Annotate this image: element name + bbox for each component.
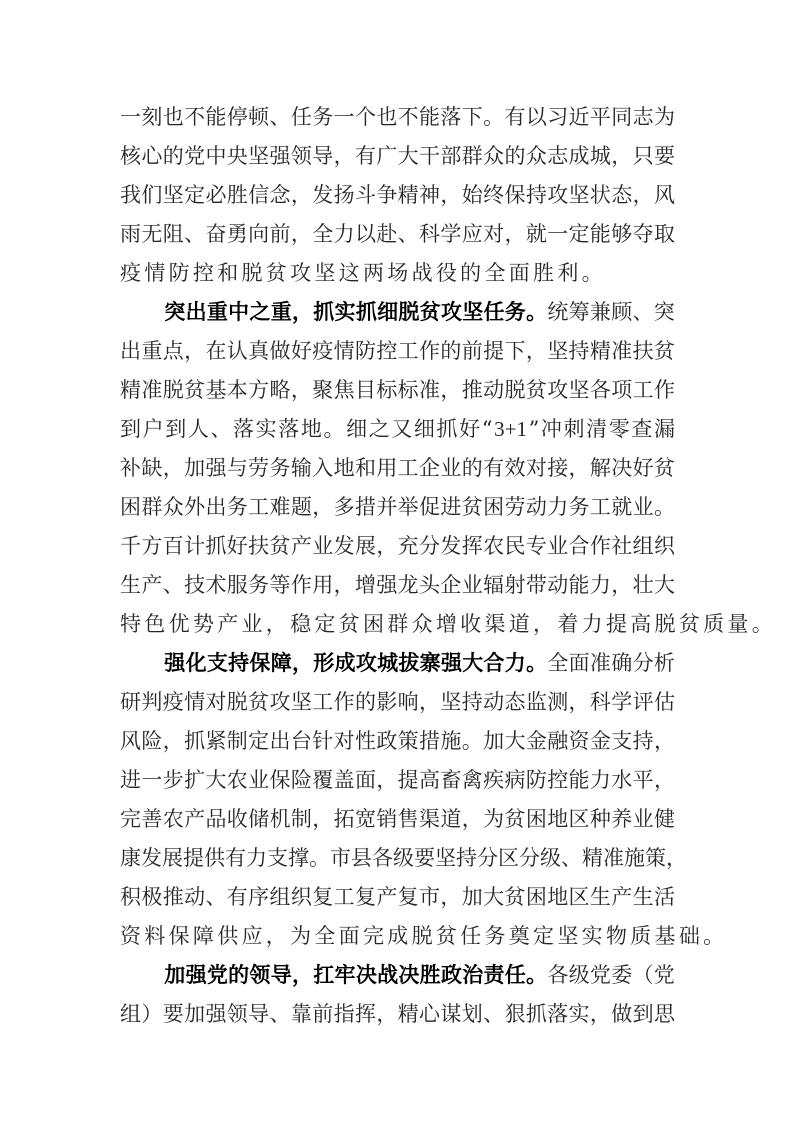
- body-char: 标: [398, 371, 419, 410]
- paragraph: 加强党的领导，扛牢决战决胜政治责任。各级党委（党组）要加强领导、靠前指挥，精心谋…: [120, 956, 675, 1034]
- body-char: ，: [462, 800, 483, 839]
- body-char: 复: [312, 878, 333, 917]
- body-char: 估: [654, 683, 675, 722]
- body-char: 前: [462, 332, 483, 371]
- text-line: 加强党的领导，扛牢决战决胜政治责任。各级党委（党: [120, 956, 675, 995]
- body-char: 就: [526, 215, 547, 254]
- body-char: 思: [654, 995, 675, 1034]
- body-char: 农: [227, 761, 248, 800]
- paragraph-heading-char: 牢: [335, 956, 356, 995]
- body-char: 刺: [564, 410, 585, 449]
- body-char: 党: [184, 137, 205, 176]
- body-char: 加: [462, 878, 483, 917]
- body-char: 脱: [241, 254, 262, 293]
- body-char: 测: [547, 683, 568, 722]
- body-char: 道: [440, 800, 461, 839]
- body-char: ，: [419, 683, 440, 722]
- body-char: 落: [278, 410, 299, 449]
- body-char: ，: [266, 605, 287, 644]
- body-char: 控: [547, 761, 568, 800]
- body-char: 斗: [355, 176, 376, 215]
- body-char: 务: [248, 566, 269, 605]
- body-char: 拓: [334, 800, 355, 839]
- body-char: 平: [633, 761, 654, 800]
- body-char: 众: [412, 605, 433, 644]
- paragraph-heading-char: 细: [377, 293, 398, 332]
- body-char: 在: [205, 332, 226, 371]
- body-char: 对: [483, 215, 504, 254]
- text-line: 到户到人、落实落地。细之又细抓好“3+1”冲刺清零查漏: [120, 410, 675, 449]
- body-char: 赴: [376, 215, 397, 254]
- body-char: 必: [205, 176, 226, 215]
- body-char: 焦: [334, 371, 355, 410]
- body-char: 停: [227, 98, 248, 137]
- body-char: 分: [477, 839, 498, 878]
- body-char: 劳: [504, 488, 525, 527]
- body-char: 靠: [291, 995, 312, 1034]
- body-char: 聚: [312, 371, 333, 410]
- paragraph-heading-char: 的: [228, 956, 249, 995]
- body-char: 广: [376, 137, 397, 176]
- body-char: 健: [654, 800, 675, 839]
- body-char: 清: [586, 410, 607, 449]
- body-char: 精: [582, 839, 603, 878]
- body-char: 全: [484, 254, 505, 293]
- body-char: 持: [526, 176, 547, 215]
- body-char: 细: [414, 410, 435, 449]
- body-char: 奋: [205, 215, 226, 254]
- text-line: 雨无阻、奋勇向前，全力以赴、科学应对，就一定能够夺取: [120, 215, 675, 254]
- body-char: 攻: [547, 176, 568, 215]
- body-char: 群: [387, 605, 408, 644]
- body-char: 台: [291, 722, 312, 761]
- body-char: 实: [256, 410, 277, 449]
- body-char: ，: [440, 878, 461, 917]
- body-char: 始: [462, 176, 483, 215]
- body-char: 坚: [569, 371, 590, 410]
- body-char: 射: [504, 566, 525, 605]
- body-char: 一: [120, 98, 141, 137]
- body-char: 区: [569, 800, 590, 839]
- body-char: 研: [120, 683, 141, 722]
- body-char: 场: [387, 254, 408, 293]
- body-char: 金: [590, 722, 611, 761]
- body-char: 核: [120, 137, 141, 176]
- body-char: 产: [376, 878, 397, 917]
- body-char: 扶: [248, 527, 269, 566]
- body-char: 专: [526, 527, 547, 566]
- body-char: 销: [376, 800, 397, 839]
- body-char: 市: [330, 839, 351, 878]
- body-char: 、: [561, 839, 582, 878]
- body-char: 贫: [270, 527, 291, 566]
- body-char: ，: [590, 995, 611, 1034]
- body-char: 产: [611, 878, 632, 917]
- body-char: ，: [533, 605, 554, 644]
- body-char: 定: [569, 215, 590, 254]
- body-char: 城: [590, 137, 611, 176]
- body-char: 任: [291, 98, 312, 137]
- body-char: 制: [291, 800, 312, 839]
- body-char: 组: [633, 527, 654, 566]
- body-char: 水: [611, 761, 632, 800]
- body-char: 贫: [654, 332, 675, 371]
- body-char: 不: [184, 98, 205, 137]
- body-char: 促: [419, 488, 440, 527]
- body-char: 贫: [248, 683, 269, 722]
- body-char: 供: [204, 839, 225, 878]
- body-char: ，: [291, 176, 312, 215]
- body-char: 之: [369, 410, 390, 449]
- body-char: 全: [314, 917, 335, 956]
- body-char: 刻: [141, 98, 162, 137]
- body-char: 制: [227, 722, 248, 761]
- body-char: 业: [312, 527, 333, 566]
- body-char: 们: [141, 176, 162, 215]
- body-char: 认: [227, 332, 248, 371]
- body-char: 利: [557, 254, 578, 293]
- body-char: 坚: [440, 683, 461, 722]
- body-char: 全: [547, 644, 568, 683]
- body-char: 对: [205, 683, 226, 722]
- body-char: 动: [483, 683, 504, 722]
- body-char: 障: [193, 917, 214, 956]
- body-char: 疫: [163, 683, 184, 722]
- body-char: 料: [144, 917, 165, 956]
- body-char: “: [482, 410, 493, 449]
- body-char: 要: [654, 137, 675, 176]
- body-char: 色: [144, 605, 165, 644]
- text-line: 组）要加强领导、靠前指挥，精心谋划、狠抓落实，做到思: [120, 995, 675, 1034]
- body-char: 。: [752, 605, 773, 644]
- body-char: 务: [312, 98, 333, 137]
- body-char: 工: [590, 488, 611, 527]
- body-char: 力: [334, 215, 355, 254]
- body-char: 带: [526, 566, 547, 605]
- body-char: 要: [163, 995, 184, 1034]
- body-char: 精: [398, 995, 419, 1034]
- body-char: 用: [376, 449, 397, 488]
- body-char: 生: [633, 878, 654, 917]
- text-line: 资料保障供应，为全面完成脱贫任务奠定坚实物质基础。: [120, 917, 675, 956]
- body-char: 力: [246, 839, 267, 878]
- body-char: 百: [163, 527, 184, 566]
- body-char: 攻: [547, 371, 568, 410]
- paragraph-heading-char: 攻: [441, 293, 462, 332]
- body-char: 无: [141, 215, 162, 254]
- paragraph-heading-char: 大: [462, 644, 483, 683]
- body-char: 领: [291, 137, 312, 176]
- body-char: 高: [419, 761, 440, 800]
- paragraph-heading-char: 成: [335, 644, 356, 683]
- body-char: 多: [334, 488, 355, 527]
- body-char: 保: [270, 761, 291, 800]
- body-char: 地: [547, 800, 568, 839]
- paragraph-heading-char: 拔: [398, 644, 419, 683]
- body-char: 。: [323, 410, 344, 449]
- text-line: 特色优势产业，稳定贫困群众增收渠道，着力提高脱贫质量。: [120, 605, 675, 644]
- text-line: 康发展提供有力支撑。市县各级要坚持分区分级、精准施策，: [120, 839, 675, 878]
- body-char: 县: [351, 839, 372, 878]
- body-char: 千: [120, 527, 141, 566]
- body-char: 点: [163, 332, 184, 371]
- body-char: 高: [630, 605, 651, 644]
- paragraph-heading-char: 责: [484, 956, 505, 995]
- text-line: 突出重中之重，抓实抓细脱贫攻坚任务。统筹兼顾、突: [120, 293, 675, 332]
- text-line: 困群众外出务工难题，多措并举促进贫困劳动力务工就业。: [120, 488, 675, 527]
- body-char: 扶: [633, 332, 654, 371]
- body-char: 坚: [163, 176, 184, 215]
- body-char: 同: [611, 98, 632, 137]
- body-char: 中: [205, 137, 226, 176]
- body-char: 各: [590, 371, 611, 410]
- body-char: ，: [666, 839, 687, 878]
- body-char: 不: [398, 98, 419, 137]
- body-char: 也: [163, 98, 184, 137]
- body-char: 众: [163, 488, 184, 527]
- body-char: 。: [483, 98, 504, 137]
- body-char: 重: [141, 332, 162, 371]
- body-char: 科: [590, 683, 611, 722]
- body-char: 础: [679, 917, 700, 956]
- body-char: 贫: [526, 371, 547, 410]
- body-char: ，: [334, 137, 355, 176]
- body-char: 计: [184, 527, 205, 566]
- body-char: 抓: [437, 410, 458, 449]
- body-char: ，: [633, 176, 654, 215]
- body-char: 贫: [654, 449, 675, 488]
- body-char: 能: [419, 98, 440, 137]
- body-char: 析: [654, 644, 675, 683]
- body-char: 两: [363, 254, 384, 293]
- body-char: 性: [355, 722, 376, 761]
- text-line: 我们坚定必胜信念，发扬斗争精神，始终保持攻坚状态，风: [120, 176, 675, 215]
- paragraph-heading-char: 支: [207, 644, 228, 683]
- body-char: 区: [569, 878, 590, 917]
- body-char: 。: [654, 488, 675, 527]
- body-char: 强: [205, 995, 226, 1034]
- body-char: 对: [334, 722, 355, 761]
- body-char: 业: [440, 449, 461, 488]
- body-char: ，: [163, 722, 184, 761]
- body-char: 委: [611, 956, 632, 995]
- body-char: 企: [419, 449, 440, 488]
- body-char: 、: [205, 878, 226, 917]
- body-char: 困: [526, 878, 547, 917]
- body-char: 状: [590, 176, 611, 215]
- body-char: 就: [611, 488, 632, 527]
- body-char: 的: [355, 683, 376, 722]
- body-char: 病: [504, 761, 525, 800]
- body-char: 禽: [462, 761, 483, 800]
- body-char: 坚: [248, 137, 269, 176]
- body-char: ，: [569, 449, 590, 488]
- body-char: 好: [227, 527, 248, 566]
- body-char: 效: [504, 449, 525, 488]
- body-char: 防: [355, 332, 376, 371]
- body-char: 查: [631, 410, 652, 449]
- body-char: 产: [291, 527, 312, 566]
- body-char: 态: [504, 683, 525, 722]
- body-char: 务: [270, 449, 291, 488]
- body-char: 这: [339, 254, 360, 293]
- body-char: 。: [703, 917, 724, 956]
- body-char: 好: [459, 410, 480, 449]
- body-char: 活: [654, 878, 675, 917]
- body-char: 贫: [504, 878, 525, 917]
- body-char: 动: [184, 878, 205, 917]
- body-char: 产: [184, 800, 205, 839]
- body-char: 标: [376, 371, 397, 410]
- body-char: 量: [727, 605, 748, 644]
- body-char: 物: [606, 917, 627, 956]
- body-char: ，: [312, 800, 333, 839]
- body-char: 兼: [590, 293, 611, 332]
- paragraph-heading-char: 化: [186, 644, 207, 683]
- body-char: 积: [120, 878, 141, 917]
- body-char: 阻: [163, 215, 184, 254]
- paragraph-heading-char: 党: [207, 956, 228, 995]
- paragraph-heading-char: 抓: [313, 293, 334, 332]
- body-char: 扬: [334, 176, 355, 215]
- body-char: 一: [334, 98, 355, 137]
- body-char: 和: [355, 449, 376, 488]
- body-char: 覆: [312, 761, 333, 800]
- paragraph-heading-char: ，: [292, 644, 313, 683]
- body-char: 我: [120, 176, 141, 215]
- body-char: 准: [419, 371, 440, 410]
- body-char: 定: [184, 176, 205, 215]
- body-char: 收: [227, 800, 248, 839]
- body-char: 役: [436, 254, 457, 293]
- body-char: 完: [363, 917, 384, 956]
- body-char: ，: [376, 995, 397, 1034]
- body-char: 企: [440, 566, 461, 605]
- body-char: 、: [632, 293, 653, 332]
- body-char: 持: [462, 683, 483, 722]
- body-char: 评: [633, 683, 654, 722]
- body-char: 的: [462, 449, 483, 488]
- body-char: 加: [184, 995, 205, 1034]
- body-char: 的: [460, 254, 481, 293]
- text-line: 千方百计抓好扶贫产业发展，充分发挥农民专业合作社组织: [120, 527, 675, 566]
- body-char: 要: [414, 839, 435, 878]
- body-char: 够: [611, 215, 632, 254]
- paragraph-heading-char: 出: [186, 293, 207, 332]
- body-char: 脱: [504, 371, 525, 410]
- body-char: 全: [312, 215, 333, 254]
- body-char: 复: [355, 878, 376, 917]
- body-char: 头: [419, 566, 440, 605]
- body-char: ”: [529, 410, 540, 449]
- paragraph-heading-char: 攻: [356, 644, 377, 683]
- text-line: 研判疫情对脱贫攻坚工作的影响，坚持动态监测，科学评估: [120, 683, 675, 722]
- body-char: 好: [291, 332, 312, 371]
- paragraph-heading-char: 突: [164, 293, 185, 332]
- body-char: 困: [363, 605, 384, 644]
- body-char: 缺: [141, 449, 162, 488]
- body-char: 务: [569, 488, 590, 527]
- body-char: 紧: [205, 722, 226, 761]
- body-char: 冲: [541, 410, 562, 449]
- body-char: 措: [419, 722, 440, 761]
- body-char: 做: [270, 332, 291, 371]
- body-char: 贫: [184, 371, 205, 410]
- body-char: 风: [120, 722, 141, 761]
- body-char: 方: [141, 527, 162, 566]
- body-char: 工: [312, 683, 333, 722]
- body-char: 落: [547, 995, 568, 1034]
- body-char: 有: [225, 839, 246, 878]
- body-char: 展: [355, 527, 376, 566]
- body-char: 技: [184, 566, 205, 605]
- body-char: 脱: [412, 917, 433, 956]
- body-char: 撑: [288, 839, 309, 878]
- body-char: ，: [440, 371, 461, 410]
- body-char: 、: [210, 410, 231, 449]
- body-char: 户: [143, 410, 164, 449]
- body-char: 险: [141, 722, 162, 761]
- body-char: 面: [569, 644, 590, 683]
- body-char: 坚: [557, 917, 578, 956]
- body-char: ，: [440, 176, 461, 215]
- body-char: 支: [267, 839, 288, 878]
- paragraph-heading-char: ，: [292, 293, 313, 332]
- body-char: 应: [241, 917, 262, 956]
- body-char: 农: [483, 527, 504, 566]
- body-char: 加: [483, 722, 504, 761]
- body-char: 业: [547, 527, 568, 566]
- body-char: 对: [526, 449, 547, 488]
- body-char: 着: [557, 605, 578, 644]
- body-char: 的: [163, 137, 184, 176]
- body-char: 强: [205, 449, 226, 488]
- body-char: 落: [440, 98, 461, 137]
- body-char: 判: [141, 683, 162, 722]
- paragraph-heading-char: 实: [335, 293, 356, 332]
- body-char: 机: [270, 800, 291, 839]
- body-char: 业: [248, 761, 269, 800]
- body-char: 工: [248, 488, 269, 527]
- body-char: 增: [355, 566, 376, 605]
- body-char: 组: [120, 995, 141, 1034]
- body-char: 资: [120, 917, 141, 956]
- body-char: 措: [355, 488, 376, 527]
- body-char: ，: [291, 371, 312, 410]
- body-char: 善: [141, 800, 162, 839]
- body-char: 成: [569, 137, 590, 176]
- body-char: 筹: [569, 293, 590, 332]
- body-char: 提: [606, 605, 627, 644]
- body-char: 取: [654, 215, 675, 254]
- text-line: 积极推动、有序组织复工复产复市，加大贫困地区生产生活: [120, 878, 675, 917]
- body-char: 步: [163, 761, 184, 800]
- body-char: 市: [419, 878, 440, 917]
- body-char: 特: [120, 605, 141, 644]
- body-char: 党: [654, 956, 675, 995]
- paragraph-heading-char: 导: [271, 956, 292, 995]
- body-char: 学: [440, 215, 461, 254]
- paragraph-heading-char: 政: [441, 956, 462, 995]
- text-line: 风险，抓紧制定出台针对性政策措施。加大金融资金支持，: [120, 722, 675, 761]
- text-line: 补缺，加强与劳务输入地和用工企业的有效对接，解决好贫: [120, 449, 675, 488]
- body-char: 面: [355, 761, 376, 800]
- body-char: 有: [504, 98, 525, 137]
- body-char: 准: [611, 332, 632, 371]
- body-char: 社: [611, 527, 632, 566]
- body-char: 推: [462, 371, 483, 410]
- body-char: 下: [462, 98, 483, 137]
